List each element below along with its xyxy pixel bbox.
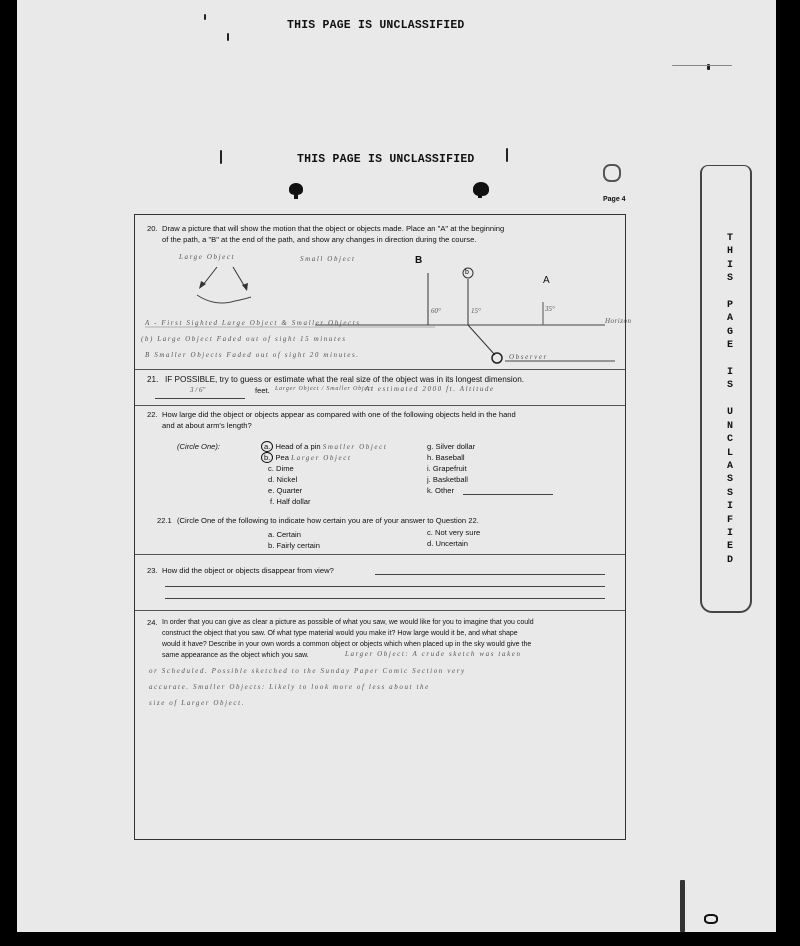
sketch-angle-15: 15° [471,307,481,315]
question-22-text-line1: How large did the object or objects appe… [162,409,516,420]
certainty-option-d[interactable]: d. Uncertain [427,538,468,549]
sketch-note-2: (b) Large Object Faded out of sight 15 m… [141,335,347,343]
option-h-baseball[interactable]: h. Baseball [427,452,465,463]
questionnaire-form: 20. Draw a picture that will show the mo… [134,214,626,840]
option-e-quarter[interactable]: e. Quarter [268,485,302,496]
question-23-number: 23. [147,565,158,576]
option-g-silver-dollar[interactable]: g. Silver dollar [427,441,475,452]
punch-hole-right-icon [473,182,489,196]
sketch-angle-60: 60° [431,307,441,315]
scan-speck [220,150,222,164]
punch-hole-left-icon [289,183,303,195]
sketch-label-A: A [543,275,550,286]
option-d-nickel[interactable]: d. Nickel [268,474,297,485]
sketch-note-1: A - First Sighted Large Object & Smaller… [145,319,361,327]
question-23-section: 23. How did the object or objects disapp… [135,555,625,611]
side-classification-banner: THIS PAGE IS UNCLASSIFIED [723,232,737,567]
question-20-section: 20. Draw a picture that will show the mo… [135,215,625,370]
sketch-label-B: B [415,255,422,266]
size-estimate-line [155,398,245,399]
disappear-answer-line-1[interactable] [375,574,605,575]
page-number: Page 4 [603,196,626,203]
scan-streak [680,880,685,932]
question-24-text-line4: same appearance as the object which you … [162,650,309,661]
question-22-number: 22. [147,409,158,420]
sketch-label-small-object: Small Object [300,255,356,263]
top-classification-banner: THIS PAGE IS UNCLASSIFIED [287,19,465,32]
option-i-grapefruit[interactable]: i. Grapefruit [427,463,467,474]
sketch-label-horizon: Horizon [605,317,631,325]
question-24-text-line3: would it have? Describe in your own word… [162,639,531,650]
feet-label: feet. [255,385,270,396]
question-21-section: 21. IF POSSIBLE, try to guess or estimat… [135,370,625,406]
disappear-answer-line-2[interactable] [165,586,605,587]
ink-smudge [704,914,718,924]
option-j-basketball[interactable]: j. Basketball [427,474,468,485]
scan-streak [672,65,732,66]
description-answer-line-2: or Scheduled. Possible sketched to the S… [149,667,466,675]
certainty-option-b[interactable]: b. Fairly certain [268,540,320,551]
question-21-text: IF POSSIBLE, try to guess or estimate wh… [165,374,524,385]
size-estimate-note: At estimated 2000 ft. Altitude [365,385,495,393]
question-24-section: 24. In order that you can give as clear … [135,611,625,839]
question-22-1-number: 22.1 [157,515,172,526]
certainty-option-a[interactable]: a. Certain [268,529,301,540]
size-estimate-objects: Larger Object / Smaller Object [275,386,374,392]
inner-classification-banner: THIS PAGE IS UNCLASSIFIED [297,153,475,166]
description-answer-line-3: accurate. Smaller Objects: Likely to loo… [149,683,430,691]
option-c-dime[interactable]: c. Dime [268,463,294,474]
sketch-label-observer: Observer [509,353,548,361]
question-24-text-line1: In order that you can give as clear a pi… [162,617,534,628]
ink-smudge [603,164,621,182]
question-24-text-line2: construct the object that you saw. Of wh… [162,628,518,639]
sketch-angle-35: 35° [545,305,555,313]
scan-speck [227,33,229,41]
sketch-label-b: b [465,267,469,278]
question-22-1-text: (Circle One of the following to indicate… [177,515,479,526]
size-estimate-value[interactable]: 3 / 6" [190,386,205,394]
scan-speck [506,148,508,162]
other-answer-line[interactable] [463,494,553,495]
description-answer-line-4: size of Larger Object. [149,699,245,707]
sketch-note-3: B Smaller Objects Faded out of sight 20 … [145,351,360,359]
question-22-section: 22. How large did the object or objects … [135,406,625,507]
question-22-1-section: 22.1 (Circle One of the following to ind… [135,507,625,555]
option-k-other[interactable]: k. Other [427,485,454,496]
question-21-number: 21. [147,374,158,385]
question-23-text: How did the object or objects disappear … [162,565,334,576]
option-f-half-dollar[interactable]: f. Half dollar [270,496,311,507]
question-22-text-line2: and at about arm's length? [162,420,252,431]
circle-one-instruction: (Circle One): [177,441,220,452]
sketch-label-large-object: Large Object [179,253,235,261]
certainty-option-c[interactable]: c. Not very sure [427,527,480,538]
disappear-answer-line-3[interactable] [165,598,605,599]
description-answer-line-1: Larger Object: A crude sketch was taken [345,650,522,658]
scan-speck [204,14,206,20]
question-24-number: 24. [147,617,158,628]
